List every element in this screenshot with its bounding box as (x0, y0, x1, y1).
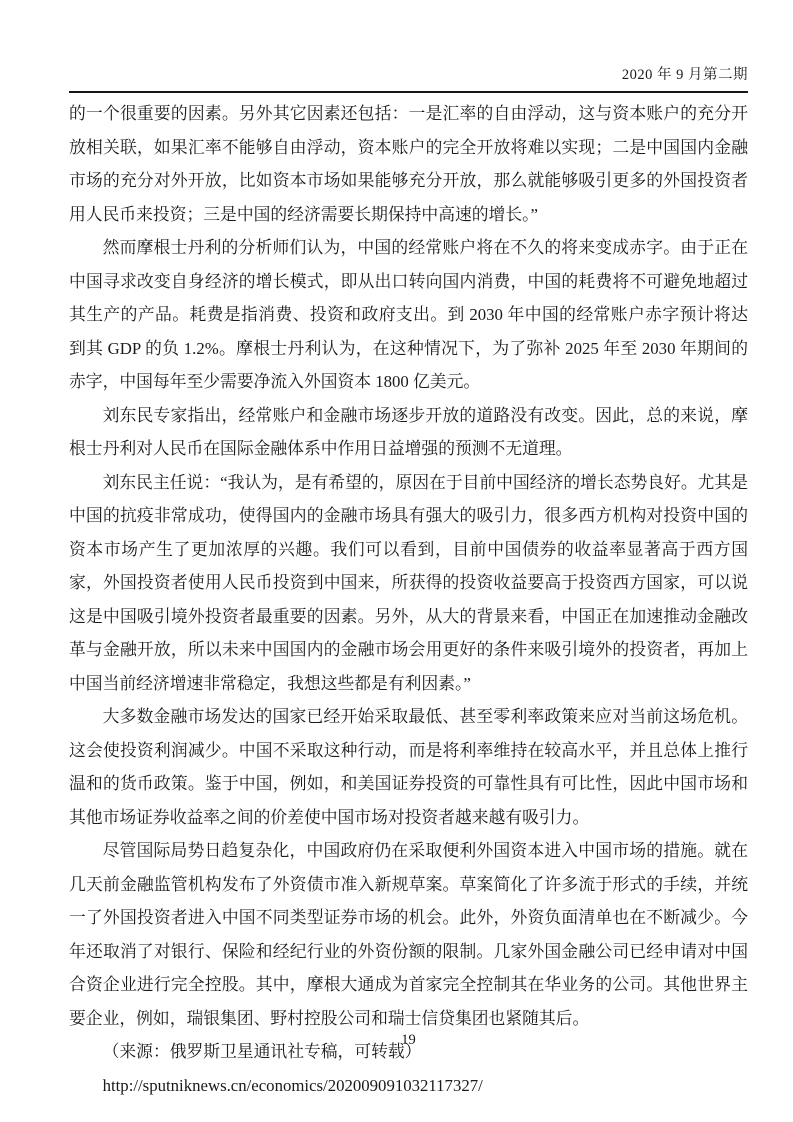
body-paragraph: 的一个很重要的因素。另外其它因素还包括：一是汇率的自由浮动，这与资本账户的充分开… (69, 97, 748, 231)
body-paragraph: 尽管国际局势日趋复杂化，中国政府仍在采取便利外国资本进入中国市场的措施。就在几天… (69, 834, 748, 1035)
body-paragraph: 大多数金融市场发达的国家已经开始采取最低、甚至零利率政策来应对当前这场危机。这会… (69, 700, 748, 834)
page-header: 2020 年 9 月第二期 (69, 0, 748, 93)
body-paragraph: 刘东民主任说：“我认为，是有希望的，原因在于目前中国经济的增长态势良好。尤其是中… (69, 466, 748, 701)
document-body: 的一个很重要的因素。另外其它因素还包括：一是汇率的自由浮动，这与资本账户的充分开… (69, 97, 748, 1102)
document-page: 2020 年 9 月第二期 的一个很重要的因素。另外其它因素还包括：一是汇率的自… (0, 0, 793, 1122)
source-url: http://sputniknews.cn/economics/20200909… (69, 1069, 748, 1103)
issue-label: 2020 年 9 月第二期 (622, 63, 748, 84)
body-paragraph: 然而摩根士丹利的分析师们认为，中国的经常账户将在不久的将来变成赤字。由于正在中国… (69, 231, 748, 399)
body-paragraph: 刘东民专家指出，经常账户和金融市场逐步开放的道路没有改变。因此，总的来说，摩根士… (69, 399, 748, 466)
page-footer: 19 (69, 1032, 748, 1049)
page-number: 19 (401, 1032, 416, 1048)
